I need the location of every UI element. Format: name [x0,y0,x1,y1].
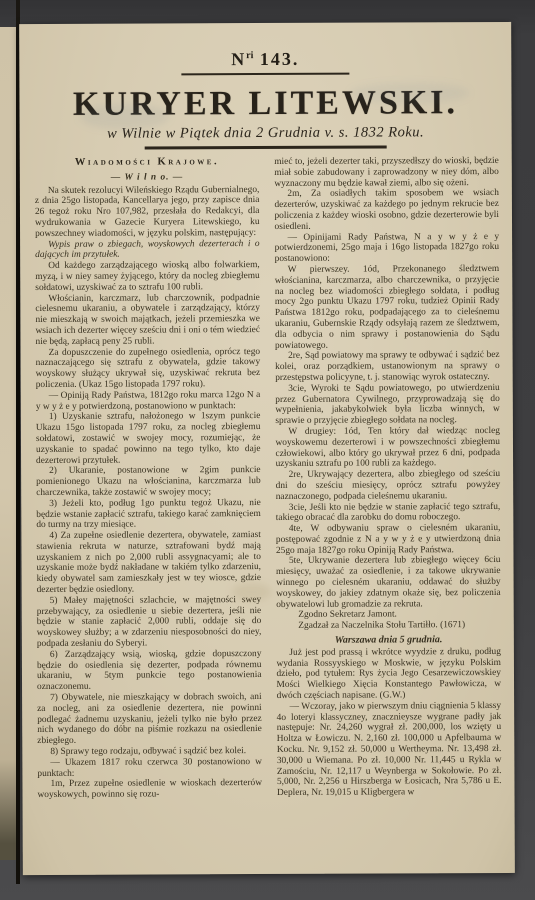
issue-number-superscript: ri [246,50,253,61]
paragraph: Wypis praw o zbiegach, woyskowych dezert… [35,239,260,262]
right-column: mieć to, jeżeli dezerter taki, przyszedł… [274,156,501,845]
dateline: w Wilnie w Piątek dnia 2 Grudnia v. s. 1… [20,124,512,143]
paragraph: Wiadomości Krajowe. [35,157,260,169]
paragraph: 2re, Ukrywający dezertera, albo zbiegłeg… [276,469,501,502]
paragraph: — Wczoray, jako w pierwszym dniu ciągnie… [277,701,502,799]
paragraph: Włościanin, karczmarz, lub charczownik, … [35,293,260,348]
paragraph: 1m, Przez zupełne osiedlenie w wioskach … [37,778,262,801]
paragraph: 5te, Ukrywanie dezertera lub zbiegłego w… [276,555,501,610]
paragraph: — Ukazem 1817 roku czerwca 30 postanowio… [37,757,262,780]
paragraph: 4) Za zupełne osiedlenie dezertera, obyw… [36,530,261,596]
paragraph: 5) Małey majętności szlachcie, w majętno… [37,595,262,650]
paragraph: 4te, W odbywaniu spraw o cielesném ukara… [276,523,501,556]
paragraph: Od każdego zarządzającego wioską albo fo… [35,260,260,293]
paragraph: 8) Sprawy tego rodzaju, odbywać i sądzić… [37,746,262,758]
masthead: Nri 143. KURYER LITEWSKI. w Wilnie w Pią… [19,22,512,150]
issue-number-prefix: N [231,49,246,69]
paragraph: W pierwszey. 1ód, Przekonanego śledztwem… [275,264,500,351]
paragraph: Już jest pod prassą i wkrótce wyydzie z … [276,647,501,702]
article-columns: Wiadomości Krajowe.— W i l n o. —Na skut… [20,148,515,846]
newspaper-page: Nri 143. KURYER LITEWSKI. w Wilnie w Pią… [19,22,515,875]
paragraph: Zgadzał za Naczelnika Stołu Tartiłło. (1… [276,620,501,632]
paragraph: 6) Zarządzający wsią, wioską, gdzie dopu… [37,649,262,693]
newspaper-title: KURYER LITEWSKI. [19,84,511,124]
paragraph: 1) Uzyskanie sztrafu, nałożonego w 1szym… [36,411,261,466]
paragraph: — Opiniją Rady Państwa, 1812go roku marc… [36,390,261,413]
paragraph: 2re, Sąd powiatowy ma sprawy te odbywać … [275,350,500,383]
paragraph: — W i l n o. — [35,172,260,184]
left-column: Wiadomości Krajowe.— W i l n o. —Na skut… [35,157,262,846]
paragraph: 3) Jeżeli kto, podług 1go punktu tegoż U… [36,498,261,531]
paragraph: 3cie, Jeśli kto nie będzie w stanie zapł… [276,501,501,524]
paragraph: W drugiey: 1ód, Ten który dał wiedząc no… [275,426,500,470]
paragraph: 2) Ukaranie, postanowione w 2gim punkcie… [36,465,261,498]
paragraph: Za dopuszczenie do zupełnego osiedlenia,… [36,347,261,391]
paragraph: mieć to, jeżeli dezerter taki, przyszedł… [274,156,499,189]
paragraph: Na skutek rezolucyi Wileńskiego Rządu Gu… [35,185,260,240]
paragraph: 3cie, Wyroki te Sądu powiatowego, po utw… [275,383,500,427]
paragraph: — Opinijami Rady Państwa, N a y w y ż e … [275,232,500,265]
photo-background: Nri 143. KURYER LITEWSKI. w Wilnie w Pią… [0,0,535,900]
adjacent-page-edge [0,27,16,860]
masthead-rule-top [181,73,349,76]
paragraph: Warszawa dnia 5 grudnia. [276,635,501,647]
paragraph: 2m, Za osiadłych takim sposobem we wsiac… [274,188,499,232]
issue-number-value: 143. [260,49,300,69]
issue-number: Nri 143. [19,48,511,71]
paragraph: 7) Obywatele, nie mieszkający w dobrach … [37,692,262,747]
